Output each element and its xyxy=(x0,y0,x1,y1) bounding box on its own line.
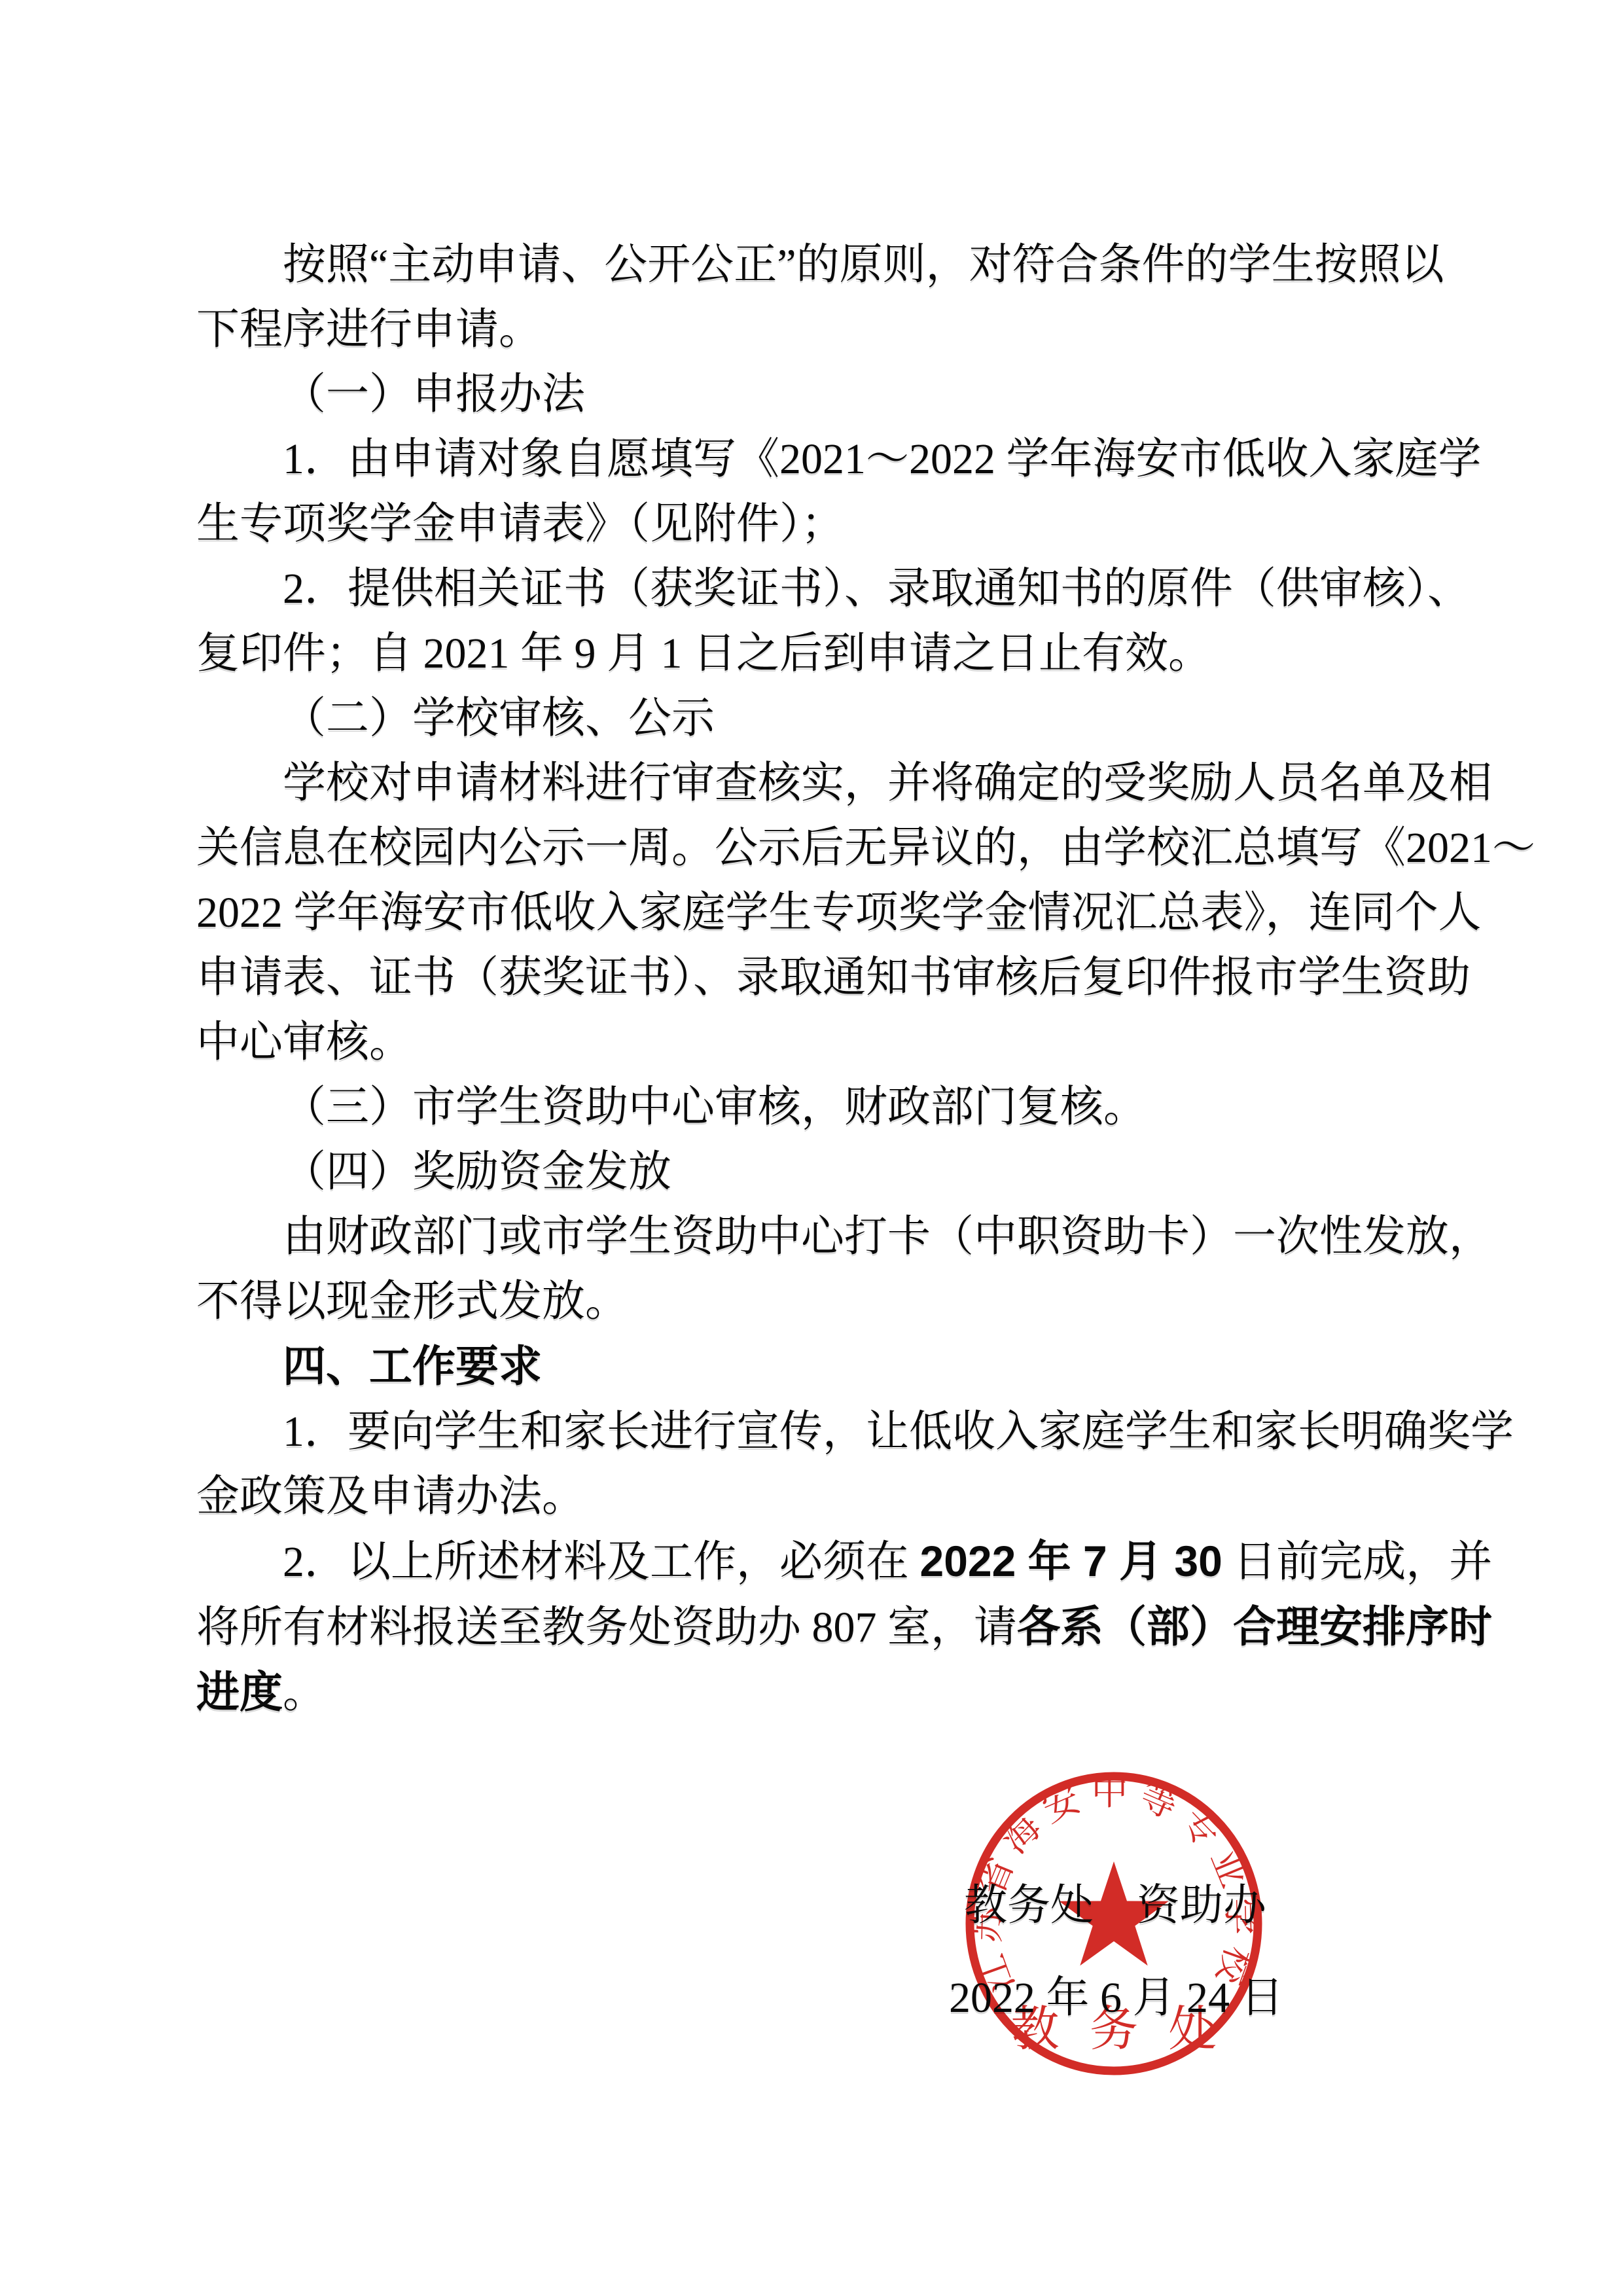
text-line: 2022 学年海安市低收入家庭学生专项奖学金情况汇总表》，连同个人 xyxy=(196,880,1512,945)
text-line: 申请表、证书（获奖证书）、录取通知书审核后复印件报市学生资助 xyxy=(196,945,1512,1010)
body-text: 申请表、证书（获奖证书）、录取通知书审核后复印件报市学生资助 xyxy=(196,954,1471,1001)
signature-department: 教务处 资助办 xyxy=(964,1873,1266,1938)
text-line: 2．以上所述材料及工作，必须在 2022 年 7 月 30 日前完成，并 xyxy=(196,1529,1512,1594)
text-line: 按照“主动申请、公开公正”的原则，对符合条件的学生按照以 xyxy=(196,232,1512,297)
text-line: 由财政部门或市学生资助中心打卡（中职资助卡）一次性发放， xyxy=(196,1204,1512,1269)
text-line: （三）市学生资助中心审核，财政部门复核。 xyxy=(196,1075,1512,1139)
text-line: （四）奖励资金发放 xyxy=(196,1139,1512,1204)
body-text: 按照“主动申请、公开公正”的原则，对符合条件的学生按照以 xyxy=(283,241,1444,289)
body-text: 日前完成，并 xyxy=(1222,1538,1493,1586)
text-line: 不得以现金形式发放。 xyxy=(196,1269,1512,1334)
body-text: 。 xyxy=(283,1669,326,1717)
text-line: 复印件；自 2021 年 9 月 1 日之后到申请之日止有效。 xyxy=(196,621,1512,686)
body-text: 不得以现金形式发放。 xyxy=(196,1278,628,1325)
bold-text: 2022 年 7 月 30 xyxy=(920,1537,1222,1585)
body-text: （三）市学生资助中心审核，财政部门复核。 xyxy=(283,1083,1147,1131)
bold-text: 四、工作要求 xyxy=(283,1342,542,1390)
body-text: 由财政部门或市学生资助中心打卡（中职资助卡）一次性发放， xyxy=(283,1213,1492,1261)
bold-text: 进度 xyxy=(196,1668,283,1716)
text-line: 2．提供相关证书（获奖证书）、录取通知书的原件（供审核）、 xyxy=(196,556,1512,621)
text-line: 金政策及申请办法。 xyxy=(196,1464,1512,1529)
text-line: 将所有材料报送至教务处资助办 807 室，请各系（部）合理安排序时 xyxy=(196,1594,1512,1660)
body-text: 将所有材料报送至教务处资助办 807 室，请 xyxy=(196,1604,1017,1651)
body-text: 1．要向学生和家长进行宣传，让低收入家庭学生和家长明确奖学 xyxy=(283,1408,1514,1456)
body-text: 2．提供相关证书（获奖证书）、录取通知书的原件（供审核）、 xyxy=(283,565,1471,613)
body-text: （四）奖励资金发放 xyxy=(283,1148,671,1196)
body-text: 2022 学年海安市低收入家庭学生专项奖学金情况汇总表》，连同个人 xyxy=(196,889,1482,937)
body-text: 中心审核。 xyxy=(196,1018,412,1066)
document-body: 按照“主动申请、公开公正”的原则，对符合条件的学生按照以下程序进行申请。（一）申… xyxy=(196,232,1512,1725)
document-page: 按照“主动申请、公开公正”的原则，对符合条件的学生按照以下程序进行申请。（一）申… xyxy=(0,0,1623,2296)
body-text: 复印件；自 2021 年 9 月 1 日之后到申请之日止有效。 xyxy=(196,630,1211,677)
text-line: 四、工作要求 xyxy=(196,1334,1512,1399)
body-text: （二）学校审核、公示 xyxy=(283,694,715,742)
body-text: 下程序进行申请。 xyxy=(196,306,542,353)
text-line: 1．由申请对象自愿填写《2021～2022 学年海安市低收入家庭学 xyxy=(196,427,1512,492)
body-text: 1．由申请对象自愿填写《2021～2022 学年海安市低收入家庭学 xyxy=(283,435,1482,483)
text-line: （二）学校审核、公示 xyxy=(196,686,1512,751)
text-line: （一）申报办法 xyxy=(196,362,1512,427)
body-text: 生专项奖学金申请表》（见附件）； xyxy=(196,500,844,548)
text-line: 中心审核。 xyxy=(196,1010,1512,1075)
text-line: 关信息在校园内公示一周。公示后无异议的，由学校汇总填写《2021～ xyxy=(196,816,1512,880)
body-text: 2．以上所述材料及工作，必须在 xyxy=(283,1538,920,1586)
text-line: 下程序进行申请。 xyxy=(196,297,1512,362)
body-text: 学校对申请材料进行审查核实，并将确定的受奖励人员名单及相 xyxy=(283,759,1492,807)
text-line: 学校对申请材料进行审查核实，并将确定的受奖励人员名单及相 xyxy=(196,751,1512,816)
body-text: （一）申报办法 xyxy=(283,370,585,418)
text-line: 进度。 xyxy=(196,1660,1512,1725)
text-line: 1．要向学生和家长进行宣传，让低收入家庭学生和家长明确奖学 xyxy=(196,1399,1512,1464)
signature-date: 2022 年 6 月 24 日 xyxy=(949,1965,1284,2030)
bold-text: 各系（部）合理安排序时 xyxy=(1017,1602,1492,1651)
text-line: 生专项奖学金申请表》（见附件）； xyxy=(196,492,1512,556)
body-text: 金政策及申请办法。 xyxy=(196,1473,585,1520)
body-text: 关信息在校园内公示一周。公示后无异议的，由学校汇总填写《2021～ xyxy=(196,824,1535,872)
